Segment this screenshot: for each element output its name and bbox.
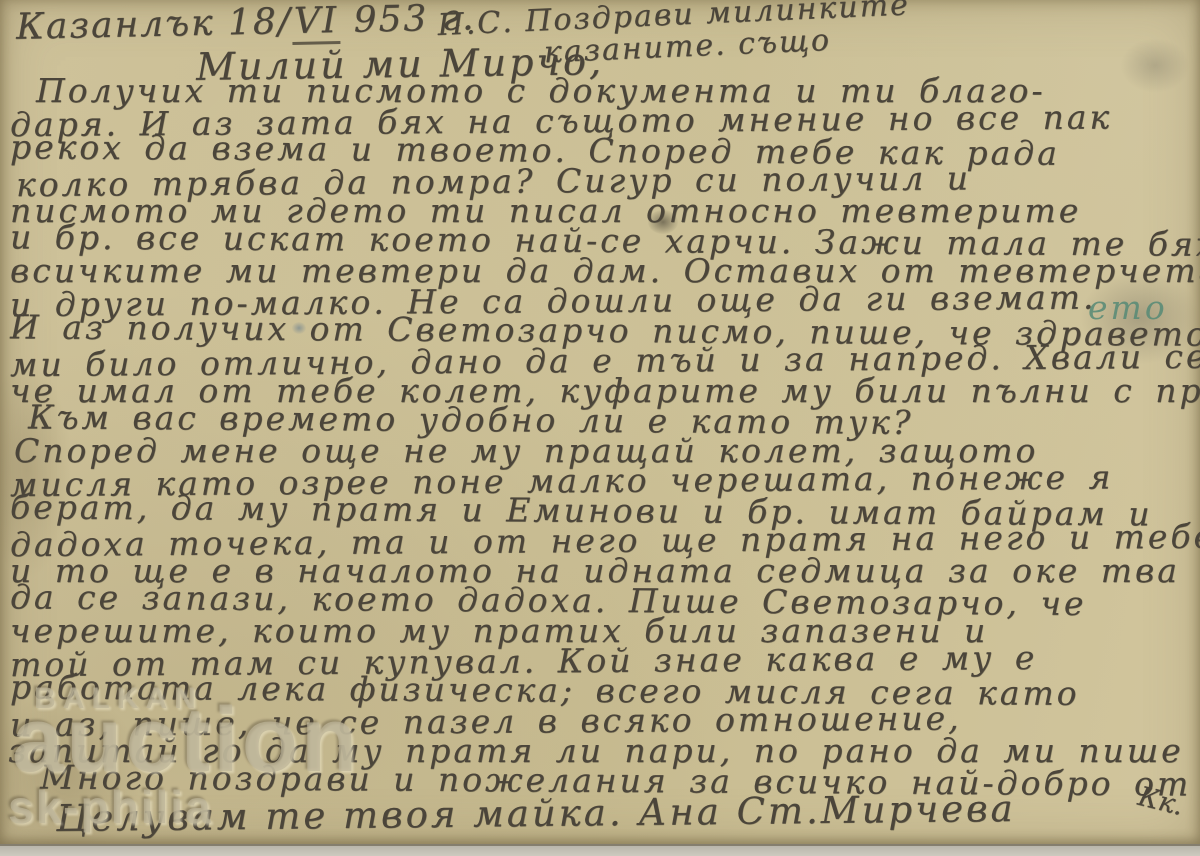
postcard-paper: Казанлък 18/VI 953 г. П.С. Поздрави мили… xyxy=(0,0,1200,846)
letter-line: да се запази, което дадоха. Пише Светоза… xyxy=(10,582,1196,619)
dateline-month: VI xyxy=(292,0,341,45)
closing-signature: Целувам те твоя майка. Ана Ст.Мирчева xyxy=(56,787,1016,840)
dateline-city: Казанлък xyxy=(16,3,215,48)
dateline: Казанлък 18/VI 953 г. xyxy=(16,0,476,48)
letter-line: дадоха точека, та и от него ще пратя на … xyxy=(10,522,1196,560)
letter-body: Получих ти писмото с документа и ти благ… xyxy=(10,76,1196,802)
letter-line: ми било отлично, дано да е тъй и за напр… xyxy=(10,342,1196,380)
scan-background-strip xyxy=(0,844,1200,856)
scanned-letter: Казанлък 18/VI 953 г. П.С. Поздрави мили… xyxy=(0,0,1200,856)
smeared-ink-word: ето xyxy=(1088,288,1168,327)
dateline-day: 18/ xyxy=(228,1,293,43)
letter-line: Към вас времето удобно ли е като тук? xyxy=(28,402,1196,439)
letter-line: и бр. все искат което най-се харчи. Зажи… xyxy=(10,222,1196,259)
